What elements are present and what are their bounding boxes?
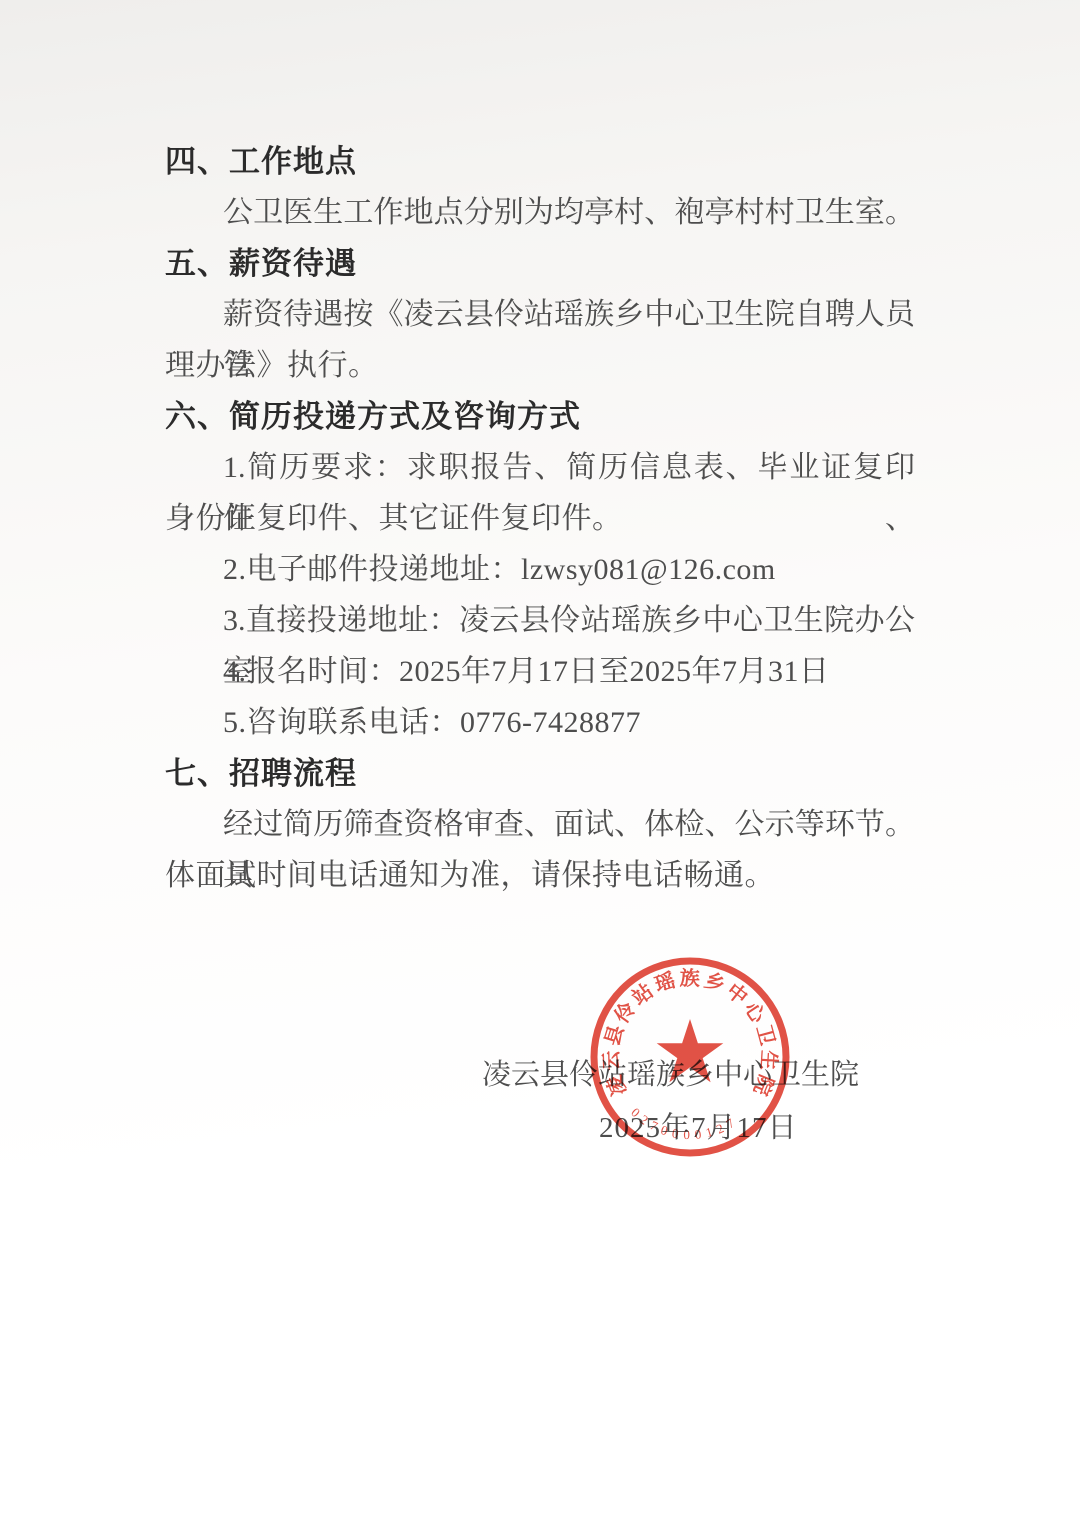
star-icon xyxy=(657,1019,724,1082)
body-line-email: 2.电子邮件投递地址：lzwsy081@126.com xyxy=(165,544,915,595)
body-line-address: 3.直接投递地址：凌云县伶站瑶族乡中心卫生院办公室 xyxy=(165,595,915,646)
section-heading-salary: 五、薪资待遇 xyxy=(165,238,915,289)
document-page: 四、工作地点 公卫医生工作地点分别为均亭村、袍亭村村卫生室。 五、薪资待遇 薪资… xyxy=(0,0,1080,1527)
body-line: 薪资待遇按《凌云县伶站瑶族乡中心卫生院自聘人员管 xyxy=(165,289,915,340)
body-line: 体面试时间电话通知为准，请保持电话畅通。 xyxy=(165,850,915,901)
body-line: 经过简历筛查资格审查、面试、体检、公示等环节。具 xyxy=(165,799,915,850)
body-line: 理办法》执行。 xyxy=(165,340,915,391)
body-line-signup-time: 4.报名时间：2025年7月17日至2025年7月31日 xyxy=(165,646,915,697)
section-heading-process: 七、招聘流程 xyxy=(165,748,915,799)
section-heading-application: 六、简历投递方式及咨询方式 xyxy=(165,391,915,442)
body-line: 1.简历要求：求职报告、简历信息表、毕业证复印件、 xyxy=(165,442,915,493)
notice-body: 四、工作地点 公卫医生工作地点分别为均亭村、袍亭村村卫生室。 五、薪资待遇 薪资… xyxy=(165,136,915,901)
section-heading-work-location: 四、工作地点 xyxy=(165,136,915,187)
official-seal: 凌云县伶站瑶族乡中心卫生院 0270000127 xyxy=(587,954,793,1160)
seal-number: 0270000127 xyxy=(628,1105,741,1142)
body-line: 公卫医生工作地点分别为均亭村、袍亭村村卫生室。 xyxy=(165,187,915,238)
body-line-phone: 5.咨询联系电话：0776-7428877 xyxy=(165,697,915,748)
